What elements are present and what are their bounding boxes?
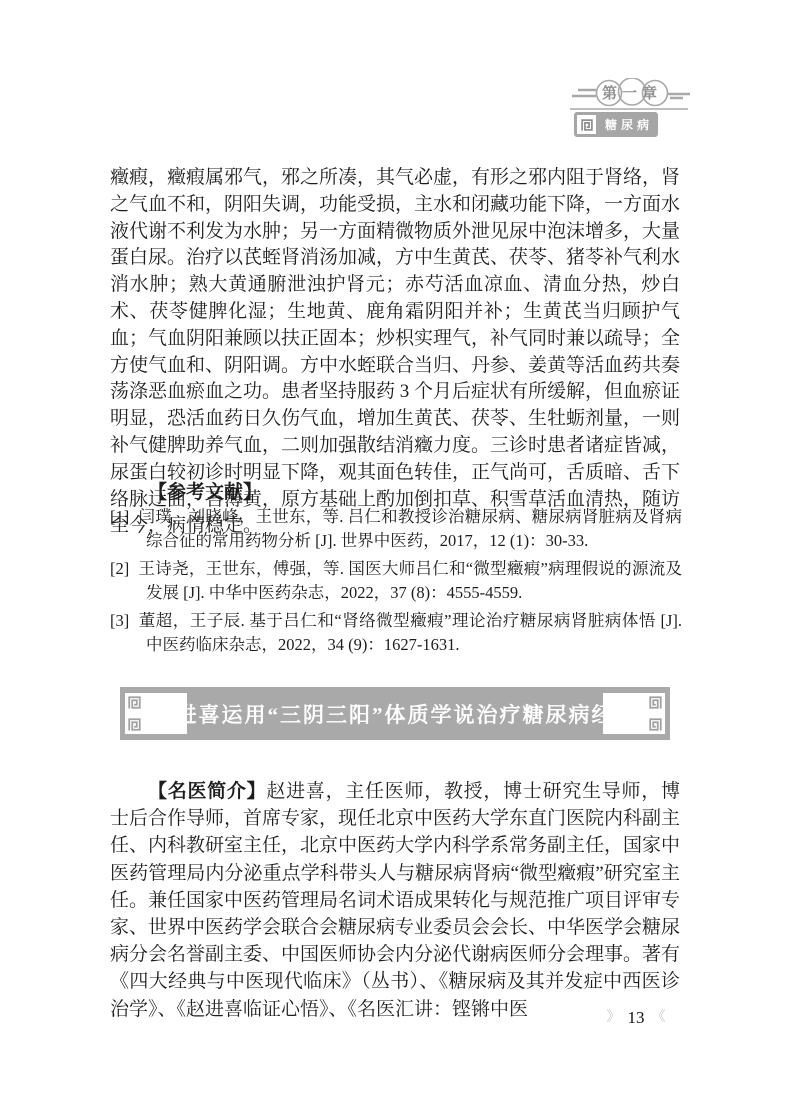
greek-key-icon	[127, 695, 142, 710]
references-heading: 【参考文献】	[148, 477, 262, 504]
greek-key-icon	[580, 118, 594, 132]
book-page: 第一章 糖尿病 癥瘕，癥瘕属邪气，邪之所凑，其气必虚，有形之邪内阻于肾络，肾之气…	[0, 0, 790, 1104]
chapter-badge: 糖尿病	[574, 112, 658, 137]
reference-text: 董超，王子辰. 基于吕仁和“肾络微型癥瘕”理论治疗糖尿病肾脏病体悟 [J]. 中…	[138, 611, 682, 654]
chapter-title: 第一章	[602, 84, 662, 102]
page-number: 13	[628, 1008, 645, 1028]
reference-item: [1]闫璞，刘晓峰，王世东，等. 吕仁和教授诊治糖尿病、糖尿病肾脏病及肾病综合征…	[110, 505, 682, 552]
page-number-block: 》 13 《	[586, 1006, 686, 1030]
chapter-header: 第一章	[566, 78, 698, 114]
section-banner: 赵进喜运用“三阴三阳”体质学说治疗糖尿病经验	[120, 687, 670, 740]
reference-text: 闫璞，刘晓峰，王世东，等. 吕仁和教授诊治糖尿病、糖尿病肾脏病及肾病综合征的常用…	[138, 507, 682, 550]
greek-key-icon	[127, 717, 142, 732]
section-title: 赵进喜运用“三阴三阳”体质学说治疗糖尿病经验	[153, 699, 638, 729]
badge-spiral-box	[577, 115, 596, 134]
page-number-right-ornament: 《	[652, 1011, 666, 1025]
reference-number: [1]	[110, 507, 129, 526]
biography-label: 【名医简介】	[148, 781, 266, 802]
reference-item: [2]王诗尧，王世东，傅强，等. 国医大师吕仁和“微型癥瘕”病理假说的源流及发展…	[110, 557, 682, 604]
greek-key-icon	[648, 695, 663, 710]
chapter-badge-label: 糖尿病	[596, 116, 658, 133]
greek-key-icon	[648, 717, 663, 732]
biography-paragraph: 【名医简介】赵进喜，主任医师，教授，博士研究生导师，博士后合作导师，首席专家，现…	[110, 778, 680, 1023]
cloud-ornament: 第一章	[566, 78, 698, 114]
reference-item: [3]董超，王子辰. 基于吕仁和“肾络微型癥瘕”理论治疗糖尿病肾脏病体悟 [J]…	[110, 609, 682, 656]
reference-number: [3]	[110, 611, 129, 630]
page-number-left-ornament: 》	[607, 1011, 621, 1025]
biography-text: 赵进喜，主任医师，教授，博士研究生导师，博士后合作导师，首席专家，现任北京中医药…	[110, 781, 680, 1020]
reference-text: 王诗尧，王世东，傅强，等. 国医大师吕仁和“微型癥瘕”病理假说的源流及发展 [J…	[138, 559, 682, 602]
reference-number: [2]	[110, 559, 129, 578]
references-list: [1]闫璞，刘晓峰，王世东，等. 吕仁和教授诊治糖尿病、糖尿病肾脏病及肾病综合征…	[110, 505, 682, 662]
